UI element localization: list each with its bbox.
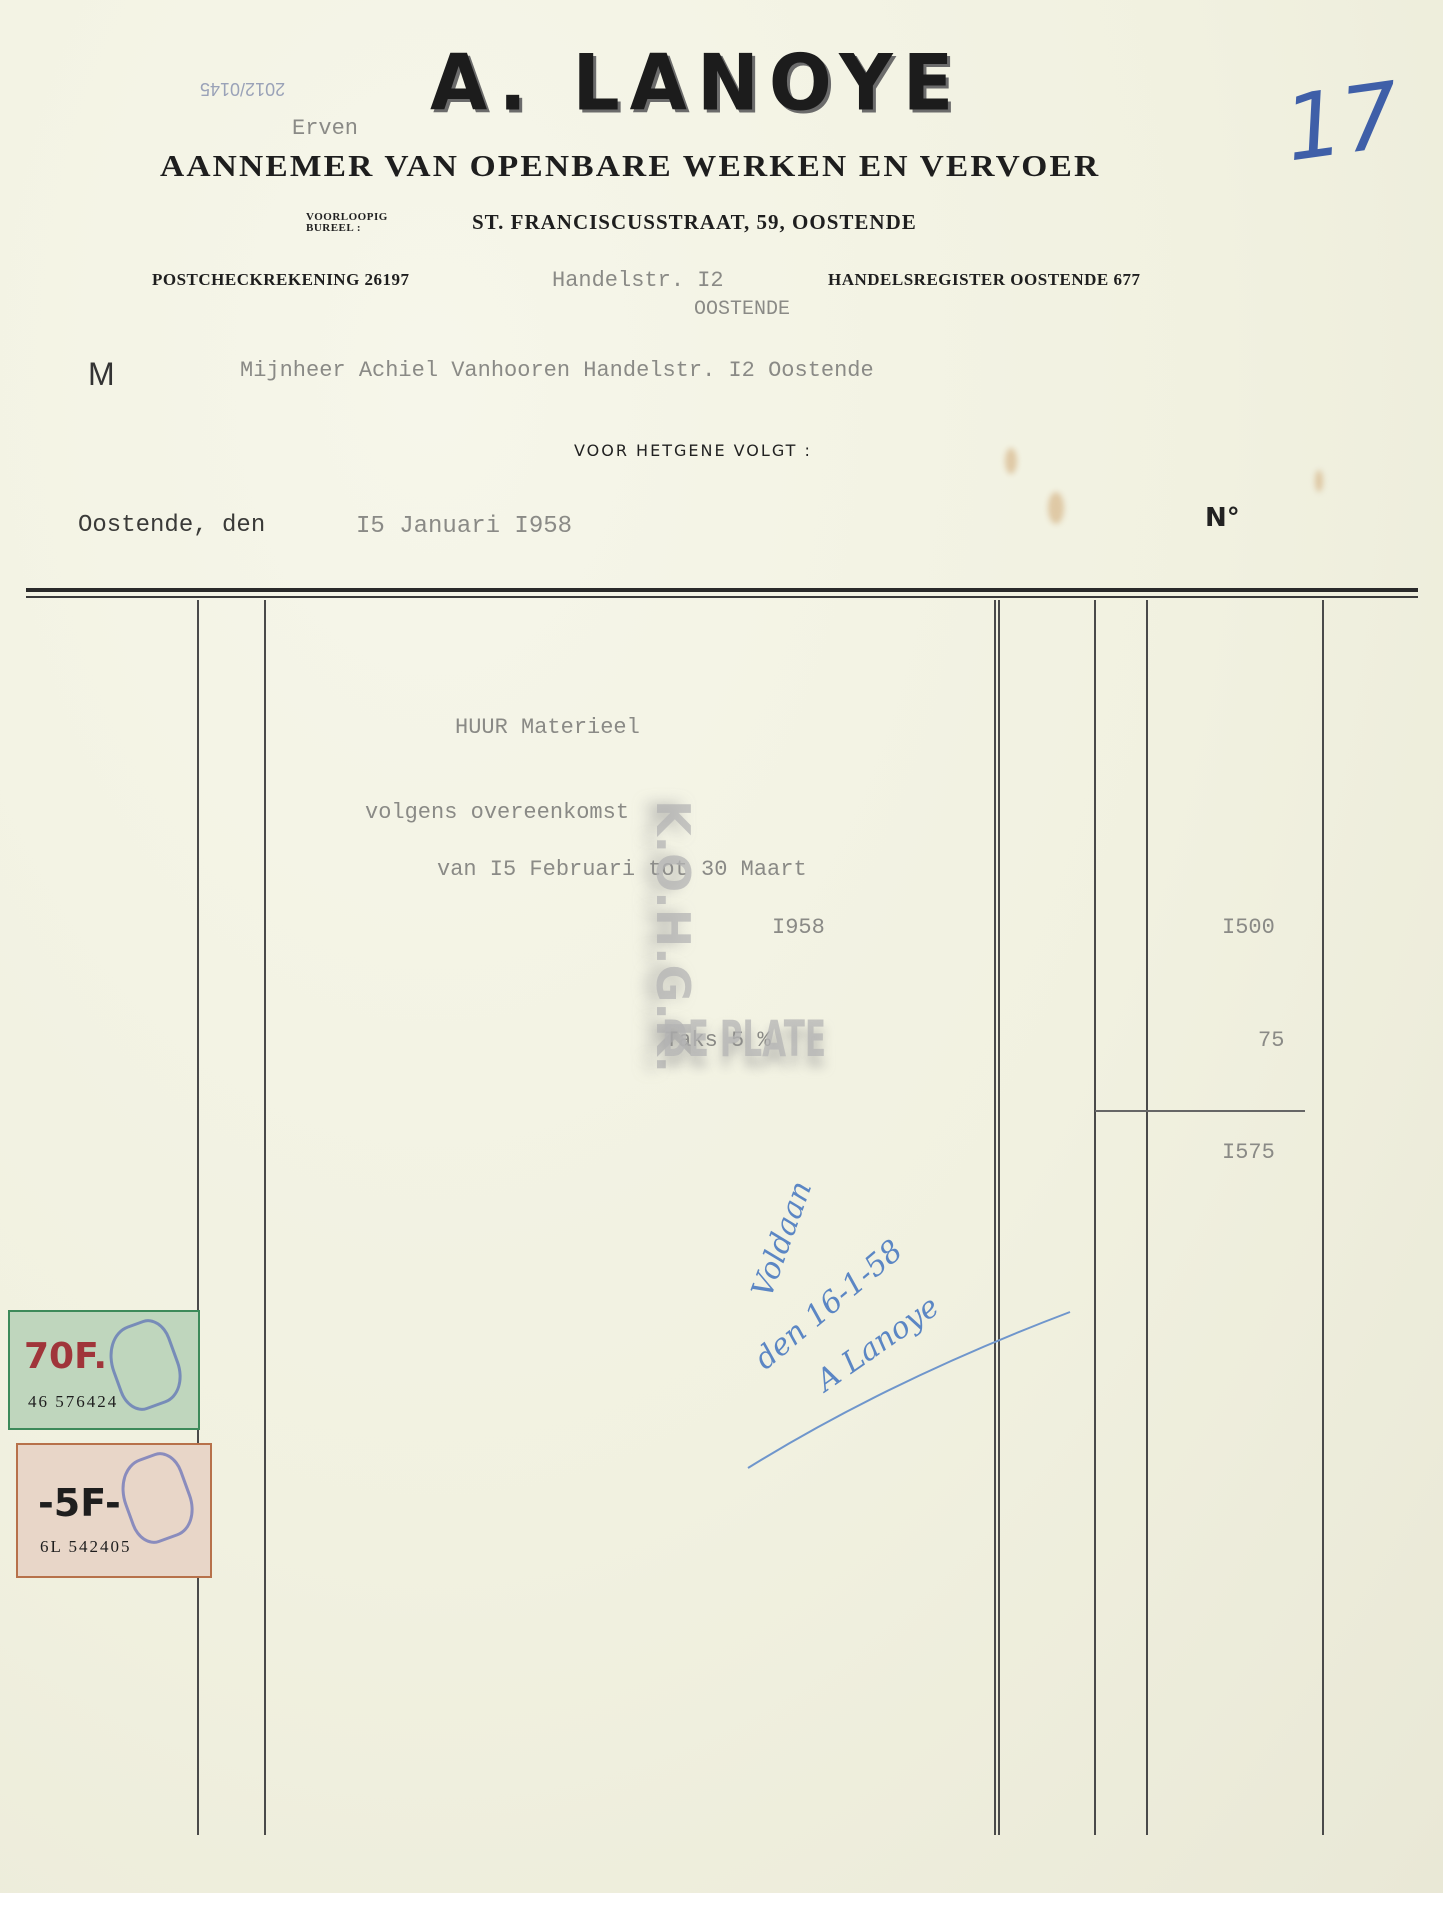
revenue-stamp: -5F- 6L 542405 [16, 1443, 212, 1578]
company-name: A. LANOYE [430, 38, 963, 128]
column-divider [998, 600, 1000, 1835]
column-divider [1094, 600, 1096, 1835]
total-amount: I575 [1222, 1140, 1275, 1165]
office-label: VOORLOOPIG BUREEL : [306, 212, 388, 234]
line-item-description: I958 [772, 915, 825, 940]
line-item-description: volgens overeenkomst [365, 800, 629, 825]
stamp-serial: 46 576424 [28, 1392, 118, 1412]
invoice-preamble: VOOR HETGENE VOLGT : [574, 441, 812, 460]
office-address: ST. FRANCISCUSSTRAAT, 59, OOSTENDE [472, 210, 917, 235]
handwritten-page-number: 17 [1278, 63, 1406, 183]
stamp-value: 70F. [24, 1336, 107, 1377]
column-divider [197, 600, 199, 1835]
watermark-line2: DE PLATE [662, 1010, 826, 1068]
line-item-amount: I500 [1222, 915, 1275, 940]
column-divider [264, 600, 266, 1835]
paper-stain [1315, 470, 1323, 492]
paper-stain [1005, 448, 1017, 474]
pencil-archive-note: 2012/0145 [200, 78, 285, 99]
heirs-note: Erven [292, 116, 358, 141]
postcheck-account: POSTCHECKREKENING 26197 [152, 270, 410, 290]
table-top-rule [26, 588, 1418, 592]
recipient-name: Mijnheer Achiel Vanhooren Handelstr. I2 … [240, 358, 874, 383]
office-label-line2: BUREEL : [306, 223, 388, 234]
typed-address-line1: Handelstr. I2 [552, 268, 724, 293]
paper-stain [1048, 492, 1064, 524]
typed-address-line2: OOSTENDE [694, 298, 790, 321]
invoice-date: I5 Januari I958 [356, 513, 572, 540]
stamp-value: -5F- [38, 1481, 121, 1525]
line-item-amount: 75 [1258, 1028, 1284, 1053]
invoice-number-label: N° [1205, 503, 1240, 533]
line-item-description: van I5 Februari tot 30 Maart [437, 857, 807, 882]
line-item-description: HUUR Materieel [455, 715, 640, 740]
recipient-prefix: M [88, 356, 115, 393]
invoice-document: 2012/0145 Erven A. LANOYE 17 AANNEMER VA… [0, 0, 1443, 1893]
column-divider [994, 600, 996, 1835]
place-date-label: Oostende, den [78, 512, 265, 539]
company-subtitle: AANNEMER VAN OPENBARE WERKEN EN VERVOER [160, 148, 1100, 184]
sum-rule [1095, 1110, 1305, 1112]
cancellation-mark-icon [111, 1446, 202, 1549]
trade-register: HANDELSREGISTER OOSTENDE 677 [828, 270, 1141, 290]
column-divider [1146, 600, 1148, 1835]
column-divider [1322, 600, 1324, 1835]
revenue-stamp: 70F. 46 576424 [8, 1310, 200, 1430]
stamp-serial: 6L 542405 [40, 1537, 132, 1557]
table-top-rule-thin [26, 596, 1418, 598]
signature-underline [740, 1300, 1080, 1480]
receipt-note-voldaan: Voldaan [745, 1176, 819, 1302]
